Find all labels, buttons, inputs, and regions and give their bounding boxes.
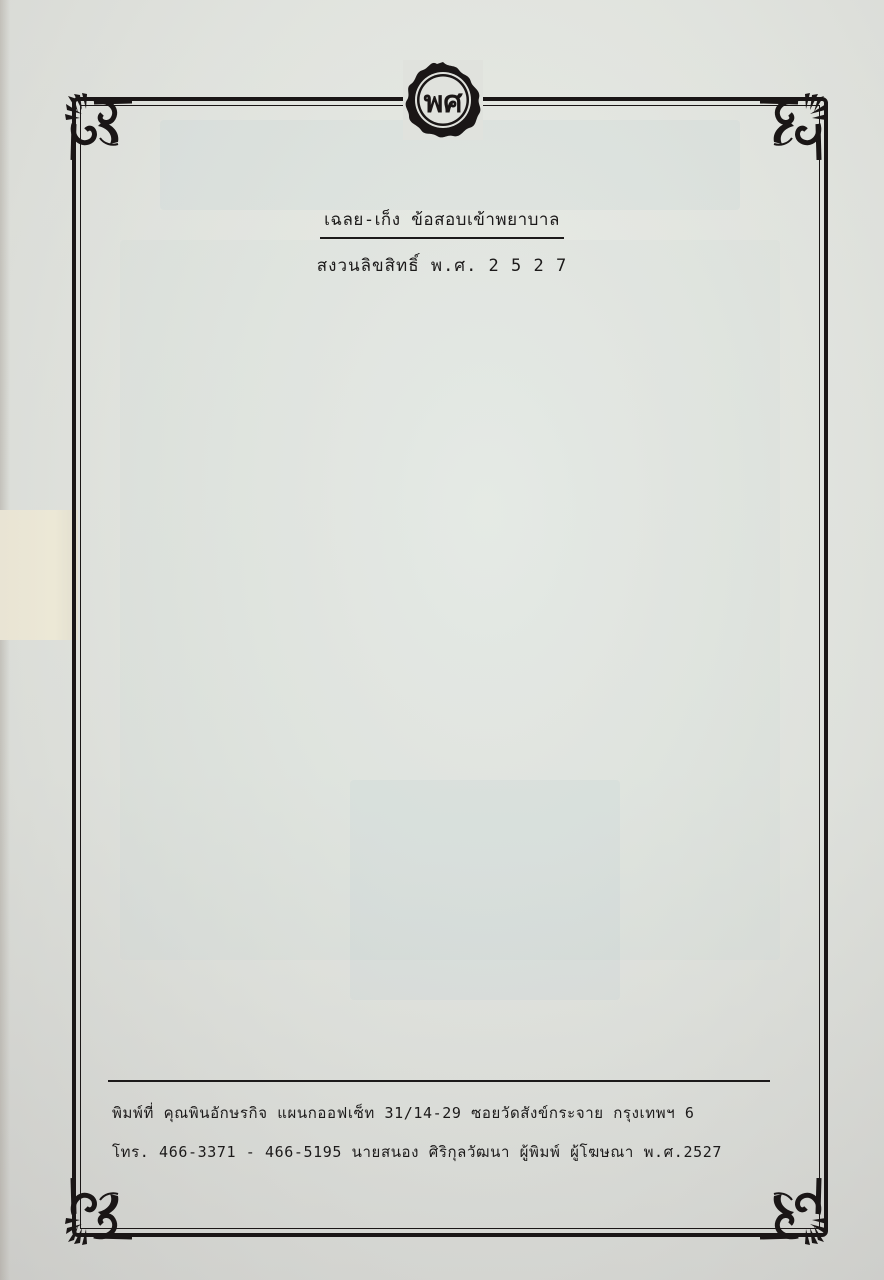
printer-contact: โทร. 466-3371 - 466-5195 นายสนอง ศิริกุล… bbox=[112, 1140, 792, 1164]
scroll-ornament-icon bbox=[760, 92, 828, 160]
page-edge-shadow bbox=[0, 0, 10, 1280]
copyright-notice: สงวนลิขสิทธิ์ พ.ศ. 2 5 2 7 bbox=[0, 252, 884, 279]
book-title: เฉลย-เก็ง ข้อสอบเข้าพยาบาล bbox=[0, 206, 884, 239]
scroll-ornament-icon bbox=[760, 1178, 828, 1246]
paper-tab bbox=[0, 510, 78, 640]
scroll-ornament-icon bbox=[64, 1178, 132, 1246]
svg-text:พศ: พศ bbox=[424, 85, 464, 120]
scroll-ornament-icon bbox=[64, 92, 132, 160]
publisher-seal-icon: พศ bbox=[403, 60, 483, 140]
scanned-page: พศ เฉลย-เก็ง ข้อสอบเข้าพยาบาล สงวนลิขสิท… bbox=[0, 0, 884, 1280]
imprint-divider bbox=[108, 1080, 770, 1082]
printer-address: พิมพ์ที่ คุณพินอักษรกิจ แผนกออฟเซ็ท 31/1… bbox=[112, 1101, 792, 1125]
book-title-text: เฉลย-เก็ง ข้อสอบเข้าพยาบาล bbox=[320, 206, 564, 239]
